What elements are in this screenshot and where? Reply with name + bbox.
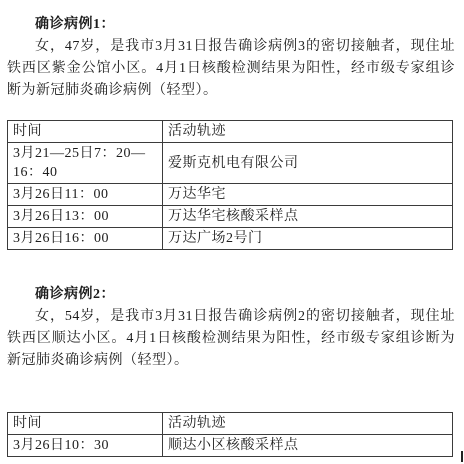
time-column-header: 时间 (8, 413, 163, 435)
table-header-row: 时间 活动轨迹 (8, 121, 453, 143)
time-cell: 3月26日16：00 (8, 228, 163, 250)
case-section-2: 确诊病例2： 女，54岁，是我市3月31日报告确诊病例2的密切接触者，现住址铁西… (7, 284, 455, 457)
caret-mark (461, 451, 463, 462)
time-cell: 3月26日13：00 (8, 206, 163, 228)
activity-column-header: 活动轨迹 (163, 413, 453, 435)
case-1-description: 女，47岁，是我市3月31日报告确诊病例3的密切接触者，现住址铁西区紫金公馆小区… (7, 36, 455, 102)
activity-column-header: 活动轨迹 (163, 121, 453, 143)
activity-cell: 万达华宅 (163, 184, 453, 206)
case-2-description: 女，54岁，是我市3月31日报告确诊病例2的密切接触者，现住址铁西区顺达小区。4… (7, 306, 455, 372)
case-section-1: 确诊病例1： 女，47岁，是我市3月31日报告确诊病例3的密切接触者，现住址铁西… (7, 14, 455, 250)
case-2-activity-table: 时间 活动轨迹 3月26日10：30 顺达小区核酸采样点 (7, 412, 453, 457)
table-row: 3月21—25日7：20—16：40 爱斯克机电有限公司 (8, 143, 453, 184)
case-1-activity-table: 时间 活动轨迹 3月21—25日7：20—16：40 爱斯克机电有限公司 3月2… (7, 120, 453, 250)
activity-cell: 爱斯克机电有限公司 (163, 143, 453, 184)
activity-cell: 顺达小区核酸采样点 (163, 435, 453, 457)
document-page: 确诊病例1： 女，47岁，是我市3月31日报告确诊病例3的密切接触者，现住址铁西… (0, 0, 464, 457)
case-2-heading: 确诊病例2： (7, 284, 455, 306)
activity-cell: 万达广场2号门 (163, 228, 453, 250)
activity-cell: 万达华宅核酸采样点 (163, 206, 453, 228)
time-cell: 3月21—25日7：20—16：40 (8, 143, 163, 184)
table-row: 3月26日10：30 顺达小区核酸采样点 (8, 435, 453, 457)
table-row: 3月26日13：00 万达华宅核酸采样点 (8, 206, 453, 228)
time-cell: 3月26日10：30 (8, 435, 163, 457)
table-row: 3月26日16：00 万达广场2号门 (8, 228, 453, 250)
table-row: 3月26日11：00 万达华宅 (8, 184, 453, 206)
time-cell: 3月26日11：00 (8, 184, 163, 206)
time-column-header: 时间 (8, 121, 163, 143)
case-1-heading: 确诊病例1： (7, 14, 455, 36)
table-header-row: 时间 活动轨迹 (8, 413, 453, 435)
